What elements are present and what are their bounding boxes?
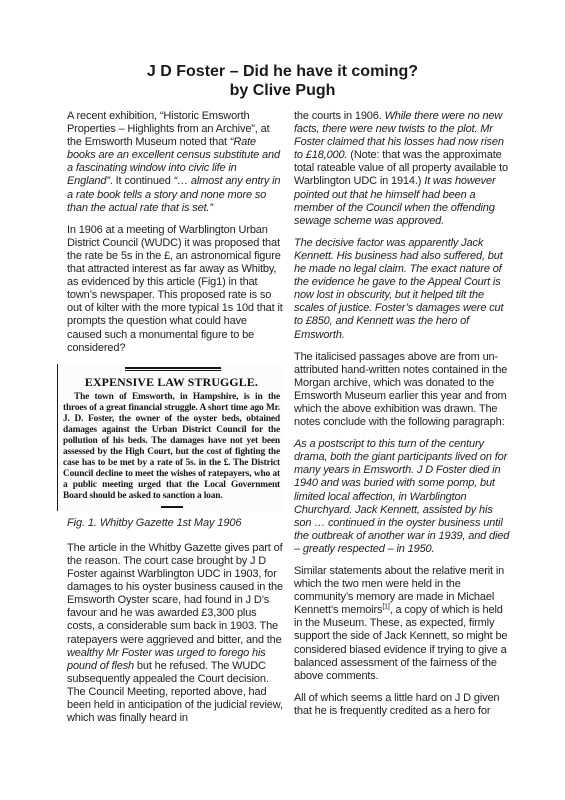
byline: by Clive Pugh bbox=[0, 81, 565, 100]
newspaper-clipping: EXPENSIVE LAW STRUGGLE. The town of Emsw… bbox=[57, 364, 283, 511]
text-run: . It continued bbox=[110, 175, 174, 187]
document-page: J D Foster – Did he have it coming? by C… bbox=[0, 0, 565, 800]
paragraph-italicised-passages: The italicised passages above are from u… bbox=[294, 351, 510, 430]
clipping-body: The town of Emsworth, in Hampshire, is i… bbox=[63, 392, 280, 502]
title-block: J D Foster – Did he have it coming? by C… bbox=[0, 0, 565, 100]
page-title: J D Foster – Did he have it coming? bbox=[0, 62, 565, 81]
figure-1: EXPENSIVE LAW STRUGGLE. The town of Emsw… bbox=[57, 364, 283, 530]
two-column-body: A recent exhibition, “Historic Emsworth … bbox=[67, 110, 565, 734]
paragraph-postscript: As a postscript to this turn of the cent… bbox=[294, 438, 510, 556]
clipping-end-rule bbox=[161, 506, 183, 508]
right-column: the courts in 1906. While there were no … bbox=[294, 110, 510, 734]
paragraph-1906-meeting: In 1906 at a meeting of Warblington Urba… bbox=[67, 224, 283, 355]
paragraph-courts-1906: the courts in 1906. While there were no … bbox=[294, 110, 510, 228]
left-column: A recent exhibition, “Historic Emsworth … bbox=[67, 110, 283, 734]
text-run: The article in the Whitby Gazette gives … bbox=[67, 542, 283, 646]
paragraph-hard-on-jd: All of which seems a little hard on J D … bbox=[294, 692, 510, 718]
paragraph-court-case: The article in the Whitby Gazette gives … bbox=[67, 542, 283, 725]
figure-caption: Fig. 1. Whitby Gazette 1st May 1906 bbox=[67, 517, 283, 530]
clipping-headline: EXPENSIVE LAW STRUGGLE. bbox=[63, 376, 280, 389]
paragraph-exhibition: A recent exhibition, “Historic Emsworth … bbox=[67, 110, 283, 215]
paragraph-similar-statements: Similar statements about the relative me… bbox=[294, 565, 510, 683]
paragraph-decisive-factor: The decisive factor was apparently Jack … bbox=[294, 237, 510, 342]
footnote-ref: [1] bbox=[382, 604, 389, 611]
clipping-top-rule bbox=[125, 367, 221, 372]
text-run: the courts in 1906. bbox=[294, 110, 385, 122]
